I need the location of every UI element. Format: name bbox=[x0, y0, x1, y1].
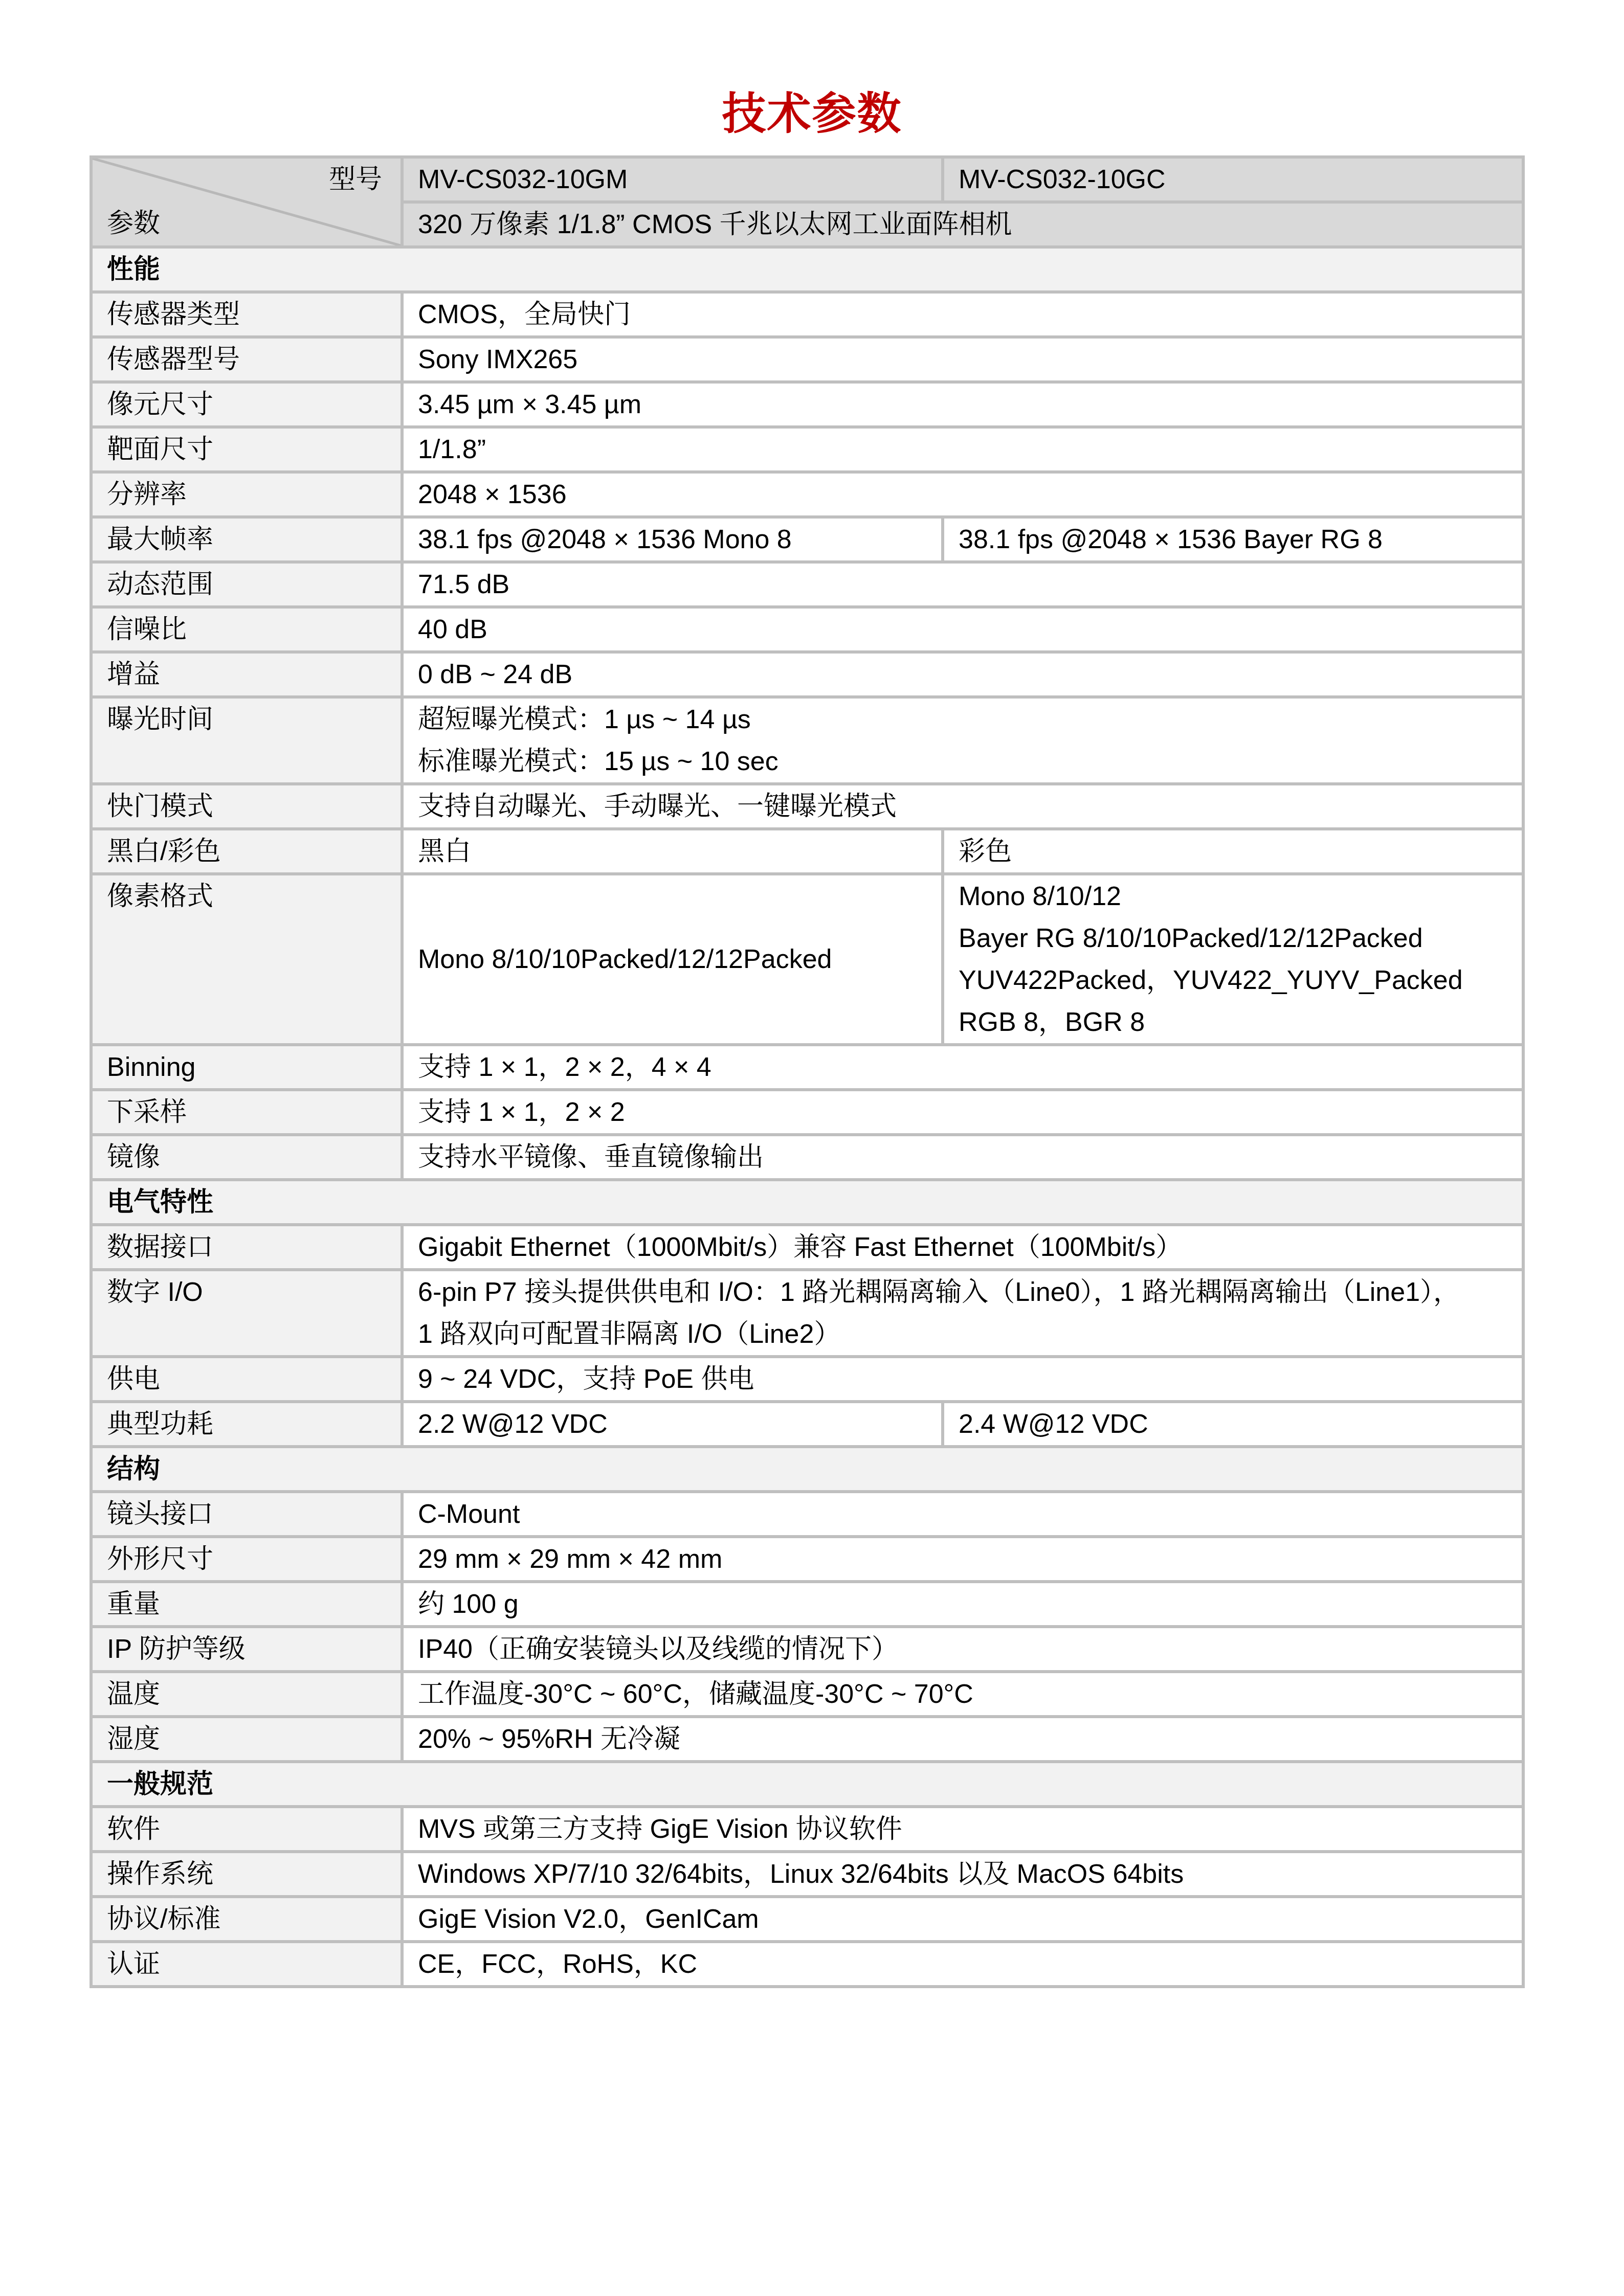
table-row: 温度工作温度-30°C ~ 60°C，储藏温度-30°C ~ 70°C bbox=[91, 1672, 1523, 1717]
row-label: 湿度 bbox=[91, 1717, 402, 1762]
row-value-gc: 彩色 bbox=[943, 829, 1523, 874]
row-value: 2048 × 1536 bbox=[402, 472, 1523, 517]
section-performance: 性能 bbox=[91, 247, 1523, 292]
row-label: 温度 bbox=[91, 1672, 402, 1717]
row-value-gc: 38.1 fps @2048 × 1536 Bayer RG 8 bbox=[943, 517, 1523, 562]
table-row: 操作系统Windows XP/7/10 32/64bits，Linux 32/6… bbox=[91, 1852, 1523, 1897]
table-row: 传感器型号Sony IMX265 bbox=[91, 337, 1523, 382]
row-value: 支持水平镜像、垂直镜像输出 bbox=[402, 1135, 1523, 1180]
row-value-gc: 2.4 W@12 VDC bbox=[943, 1402, 1523, 1447]
page-title: 技术参数 bbox=[0, 86, 1624, 142]
row-value: GigE Vision V2.0，GenICam bbox=[402, 1897, 1523, 1942]
table-row: 协议/标准GigE Vision V2.0，GenICam bbox=[91, 1897, 1523, 1942]
row-label: 分辨率 bbox=[91, 472, 402, 517]
row-value-gm: 38.1 fps @2048 × 1536 Mono 8 bbox=[402, 517, 943, 562]
section-electrical: 电气特性 bbox=[91, 1180, 1523, 1225]
row-value: 1/1.8” bbox=[402, 427, 1523, 472]
row-label: 认证 bbox=[91, 1942, 402, 1987]
table-row: 镜头接口C-Mount bbox=[91, 1492, 1523, 1537]
table-row: 分辨率2048 × 1536 bbox=[91, 472, 1523, 517]
row-label: 数据接口 bbox=[91, 1225, 402, 1270]
spec-table: 型号 参数 MV-CS032-10GM MV-CS032-10GC 320 万像… bbox=[90, 155, 1525, 1988]
row-value-gc: Mono 8/10/12Bayer RG 8/10/10Packed/12/12… bbox=[943, 874, 1523, 1045]
row-value-gm: 2.2 W@12 VDC bbox=[402, 1402, 943, 1447]
row-label: Binning bbox=[91, 1045, 402, 1090]
row-value: 3.45 µm × 3.45 µm bbox=[402, 382, 1523, 427]
table-row: 镜像支持水平镜像、垂直镜像输出 bbox=[91, 1135, 1523, 1180]
row-label: 数字 I/O bbox=[91, 1270, 402, 1357]
value-line: 超短曝光模式：1 µs ~ 14 µs bbox=[418, 699, 1507, 740]
row-value: 支持自动曝光、手动曝光、一键曝光模式 bbox=[402, 784, 1523, 829]
row-value: Gigabit Ethernet（1000Mbit/s）兼容 Fast Ethe… bbox=[402, 1225, 1523, 1270]
row-label: 靶面尺寸 bbox=[91, 427, 402, 472]
model-gm: MV-CS032-10GM bbox=[402, 157, 943, 202]
value-line: 6-pin P7 接头提供供电和 I/O：1 路光耦隔离输入（Line0），1 … bbox=[418, 1271, 1507, 1313]
table-row: 靶面尺寸1/1.8” bbox=[91, 427, 1523, 472]
table-row: 增益0 dB ~ 24 dB bbox=[91, 652, 1523, 697]
section-title: 电气特性 bbox=[91, 1180, 1523, 1225]
table-row: 像元尺寸3.45 µm × 3.45 µm bbox=[91, 382, 1523, 427]
table-row: 黑白/彩色黑白彩色 bbox=[91, 829, 1523, 874]
row-value: 支持 1 × 1，2 × 2，4 × 4 bbox=[402, 1045, 1523, 1090]
table-row: 数字 I/O6-pin P7 接头提供供电和 I/O：1 路光耦隔离输入（Lin… bbox=[91, 1270, 1523, 1357]
row-value: 0 dB ~ 24 dB bbox=[402, 652, 1523, 697]
row-value: 约 100 g bbox=[402, 1582, 1523, 1627]
product-description: 320 万像素 1/1.8” CMOS 千兆以太网工业面阵相机 bbox=[402, 202, 1523, 247]
value-line: 1 路双向可配置非隔离 I/O（Line2） bbox=[418, 1313, 1507, 1355]
section-title: 一般规范 bbox=[91, 1762, 1523, 1807]
table-row: 软件MVS 或第三方支持 GigE Vision 协议软件 bbox=[91, 1807, 1523, 1852]
row-value: 工作温度-30°C ~ 60°C，储藏温度-30°C ~ 70°C bbox=[402, 1672, 1523, 1717]
table-row: 数据接口Gigabit Ethernet（1000Mbit/s）兼容 Fast … bbox=[91, 1225, 1523, 1270]
row-label: 软件 bbox=[91, 1807, 402, 1852]
table-row: 认证CE，FCC，RoHS，KC bbox=[91, 1942, 1523, 1987]
table-row: Binning支持 1 × 1，2 × 2，4 × 4 bbox=[91, 1045, 1523, 1090]
row-value-gm: Mono 8/10/10Packed/12/12Packed bbox=[402, 874, 943, 1045]
row-value: 71.5 dB bbox=[402, 562, 1523, 607]
corner-model-label: 型号 bbox=[329, 159, 382, 200]
corner-cell: 型号 参数 bbox=[91, 157, 402, 247]
row-value: MVS 或第三方支持 GigE Vision 协议软件 bbox=[402, 1807, 1523, 1852]
row-label: 信噪比 bbox=[91, 607, 402, 652]
row-value: 支持 1 × 1，2 × 2 bbox=[402, 1090, 1523, 1135]
row-value: 40 dB bbox=[402, 607, 1523, 652]
row-label: 协议/标准 bbox=[91, 1897, 402, 1942]
table-row: 供电9 ~ 24 VDC，支持 PoE 供电 bbox=[91, 1357, 1523, 1402]
table-row: 动态范围71.5 dB bbox=[91, 562, 1523, 607]
row-value: 6-pin P7 接头提供供电和 I/O：1 路光耦隔离输入（Line0），1 … bbox=[402, 1270, 1523, 1357]
table-row: 湿度20% ~ 95%RH 无冷凝 bbox=[91, 1717, 1523, 1762]
table-row: 最大帧率38.1 fps @2048 × 1536 Mono 838.1 fps… bbox=[91, 517, 1523, 562]
row-label: 像元尺寸 bbox=[91, 382, 402, 427]
row-label: 传感器型号 bbox=[91, 337, 402, 382]
row-value: Windows XP/7/10 32/64bits，Linux 32/64bit… bbox=[402, 1852, 1523, 1897]
row-label: 镜像 bbox=[91, 1135, 402, 1180]
row-label: 像素格式 bbox=[91, 874, 402, 1045]
section-title: 结构 bbox=[91, 1447, 1523, 1492]
value-line: YUV422Packed，YUV422_YUYV_Packed bbox=[959, 959, 1507, 1001]
table-row: 像素格式Mono 8/10/10Packed/12/12PackedMono 8… bbox=[91, 874, 1523, 1045]
table-row: IP 防护等级IP40（正确安装镜头以及线缆的情况下） bbox=[91, 1627, 1523, 1672]
row-value: Sony IMX265 bbox=[402, 337, 1523, 382]
row-label: 操作系统 bbox=[91, 1852, 402, 1897]
row-value-gm: 黑白 bbox=[402, 829, 943, 874]
value-line: 标准曝光模式：15 µs ~ 10 sec bbox=[418, 740, 1507, 782]
row-label: 重量 bbox=[91, 1582, 402, 1627]
value-line: Bayer RG 8/10/10Packed/12/12Packed bbox=[959, 917, 1507, 959]
row-value: 9 ~ 24 VDC，支持 PoE 供电 bbox=[402, 1357, 1523, 1402]
table-row: 信噪比40 dB bbox=[91, 607, 1523, 652]
header-row-model: 型号 参数 MV-CS032-10GM MV-CS032-10GC bbox=[91, 157, 1523, 202]
section-mechanical: 结构 bbox=[91, 1447, 1523, 1492]
row-label: 典型功耗 bbox=[91, 1402, 402, 1447]
row-label: 外形尺寸 bbox=[91, 1537, 402, 1582]
row-label: 供电 bbox=[91, 1357, 402, 1402]
table-row: 典型功耗2.2 W@12 VDC2.4 W@12 VDC bbox=[91, 1402, 1523, 1447]
value-line: Mono 8/10/12 bbox=[959, 875, 1507, 917]
row-label: 黑白/彩色 bbox=[91, 829, 402, 874]
row-label: 增益 bbox=[91, 652, 402, 697]
row-label: 镜头接口 bbox=[91, 1492, 402, 1537]
table-row: 下采样支持 1 × 1，2 × 2 bbox=[91, 1090, 1523, 1135]
row-label: 传感器类型 bbox=[91, 292, 402, 337]
row-label: 最大帧率 bbox=[91, 517, 402, 562]
row-label: IP 防护等级 bbox=[91, 1627, 402, 1672]
table-row: 外形尺寸29 mm × 29 mm × 42 mm bbox=[91, 1537, 1523, 1582]
row-label: 动态范围 bbox=[91, 562, 402, 607]
table-row: 快门模式支持自动曝光、手动曝光、一键曝光模式 bbox=[91, 784, 1523, 829]
section-general: 一般规范 bbox=[91, 1762, 1523, 1807]
section-title: 性能 bbox=[91, 247, 1523, 292]
value-line: RGB 8，BGR 8 bbox=[959, 1001, 1507, 1043]
model-gc: MV-CS032-10GC bbox=[943, 157, 1523, 202]
table-row: 曝光时间超短曝光模式：1 µs ~ 14 µs标准曝光模式：15 µs ~ 10… bbox=[91, 697, 1523, 784]
row-value: 超短曝光模式：1 µs ~ 14 µs标准曝光模式：15 µs ~ 10 sec bbox=[402, 697, 1523, 784]
row-label: 曝光时间 bbox=[91, 697, 402, 784]
table-row: 重量约 100 g bbox=[91, 1582, 1523, 1627]
row-label: 快门模式 bbox=[91, 784, 402, 829]
row-value: C-Mount bbox=[402, 1492, 1523, 1537]
corner-param-label: 参数 bbox=[107, 202, 160, 244]
row-value: 20% ~ 95%RH 无冷凝 bbox=[402, 1717, 1523, 1762]
row-value: IP40（正确安装镜头以及线缆的情况下） bbox=[402, 1627, 1523, 1672]
row-value: CMOS，全局快门 bbox=[402, 292, 1523, 337]
row-value: CE，FCC，RoHS，KC bbox=[402, 1942, 1523, 1987]
row-label: 下采样 bbox=[91, 1090, 402, 1135]
table-row: 传感器类型CMOS，全局快门 bbox=[91, 292, 1523, 337]
row-value: 29 mm × 29 mm × 42 mm bbox=[402, 1537, 1523, 1582]
